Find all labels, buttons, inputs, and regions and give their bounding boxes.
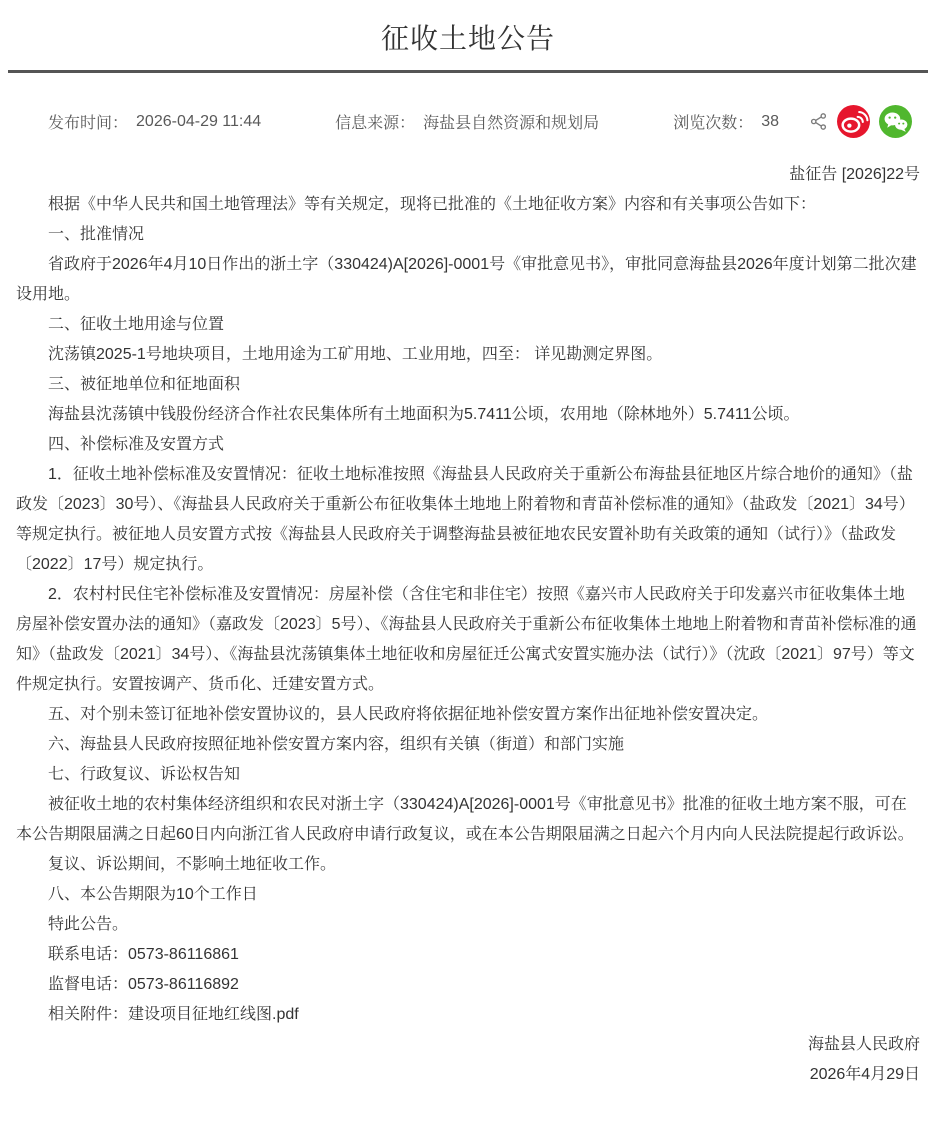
wechat-icon[interactable]	[879, 105, 912, 138]
section-5: 五、对个别未签订征地补偿安置协议的，县人民政府将依据征地补偿安置方案作出征地补偿…	[16, 700, 920, 730]
section-3-body: 海盐县沈荡镇中钱股份经济合作社农民集体所有土地面积为5.7411公顷，农用地（除…	[16, 400, 920, 430]
section-4-item-1: 1．征收土地补偿标准及安置情况：征收土地标准按照《海盐县人民政府关于重新公布海盐…	[16, 460, 920, 580]
share-icons-group	[809, 105, 912, 138]
section-7-note: 复议、诉讼期间，不影响土地征收工作。	[16, 850, 920, 880]
attachment-line: 相关附件：建设项目征地红线图.pdf	[16, 1000, 920, 1030]
doc-number: 盐征告 [2026]22号	[16, 160, 920, 190]
view-count-label: 浏览次数：	[673, 110, 753, 133]
section-4-heading: 四、补偿标准及安置方式	[16, 430, 920, 460]
announcement-body: 盐征告 [2026]22号 根据《中华人民共和国土地管理法》等有关规定，现将已批…	[0, 160, 936, 1030]
announcement-page: 征收土地公告 发布时间： 2026-04-29 11:44 信息来源： 海盐县自…	[0, 0, 936, 1127]
publish-time-value: 2026-04-29 11:44	[136, 113, 261, 131]
section-2-body: 沈荡镇2025-1号地块项目，土地用途为工矿用地、工业用地，四至： 详见勘测定界…	[16, 340, 920, 370]
signature-date: 2026年4月29日	[16, 1060, 920, 1090]
share-icon[interactable]	[809, 112, 828, 131]
attachment-label: 相关附件：	[48, 1006, 128, 1023]
view-count: 浏览次数： 38	[673, 110, 779, 133]
closing-line: 特此公告。	[16, 910, 920, 940]
section-4-item-2: 2．农村村民住宅补偿标准及安置情况：房屋补偿（含住宅和非住宅）按照《嘉兴市人民政…	[16, 580, 920, 700]
signature-block: 海盐县人民政府 2026年4月29日	[0, 1030, 936, 1090]
view-count-value: 38	[761, 113, 779, 131]
info-source: 信息来源： 海盐县自然资源和规划局	[335, 110, 599, 133]
paragraph-intro: 根据《中华人民共和国土地管理法》等有关规定，现将已批准的《土地征收方案》内容和有…	[16, 190, 920, 220]
section-3-heading: 三、被征地单位和征地面积	[16, 370, 920, 400]
section-2-heading: 二、征收土地用途与位置	[16, 310, 920, 340]
section-7-heading: 七、行政复议、诉讼权告知	[16, 760, 920, 790]
section-8: 八、本公告期限为10个工作日	[16, 880, 920, 910]
section-6: 六、海盐县人民政府按照征地补偿安置方案内容，组织有关镇（街道）和部门实施	[16, 730, 920, 760]
meta-bar: 发布时间： 2026-04-29 11:44 信息来源： 海盐县自然资源和规划局…	[0, 73, 936, 138]
attachment-pdf-link[interactable]: 建设项目征地红线图.pdf	[128, 1006, 299, 1023]
signature-authority: 海盐县人民政府	[16, 1030, 920, 1060]
section-7-body: 被征收土地的农村集体经济组织和农民对浙土字（330424)A[2026]-000…	[16, 790, 920, 850]
section-1-heading: 一、批准情况	[16, 220, 920, 250]
info-source-label: 信息来源：	[335, 110, 415, 133]
weibo-icon[interactable]	[837, 105, 870, 138]
supervision-phone: 监督电话：0573-86116892	[16, 970, 920, 1000]
info-source-value: 海盐县自然资源和规划局	[423, 110, 599, 133]
contact-phone: 联系电话：0573-86116861	[16, 940, 920, 970]
publish-time-label: 发布时间：	[48, 110, 128, 133]
page-title: 征收土地公告	[0, 0, 936, 70]
publish-time: 发布时间： 2026-04-29 11:44	[48, 110, 261, 133]
section-1-body: 省政府于2026年4月10日作出的浙土字（330424)A[2026]-0001…	[16, 250, 920, 310]
